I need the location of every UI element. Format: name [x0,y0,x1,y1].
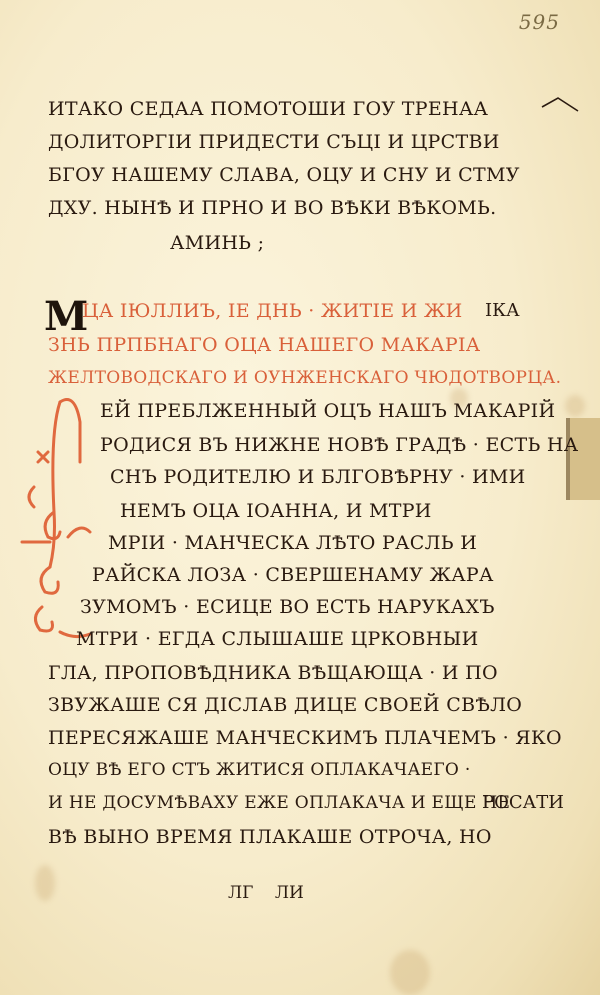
text-line: СНЪ РОДИТЕЛЮ И БЛГОВѢРНУ · ИМИ [110,466,526,488]
text-line: ЗУМОМЪ · ЕСИЦЕ ВО ЕСТЬ НАРУКАХЪ [80,596,495,618]
text-line: БГОУ НАШЕМУ СЛАВА, ОЦУ И СНУ И СТМУ [48,164,520,186]
text-line: РАЙСКА ЛОЗА · СВЕРШЕНАМУ ЖАРА [92,564,494,586]
stain [565,395,585,417]
text-line: ОЦУ ВѢ ЕГО СТЪ ЖИТИСЯ ОПЛАКАЧАЕГО · [48,760,471,780]
text-line: МРІИ · МАНЧЕСКА ЛѢТО РАСЛЬ И [108,532,477,554]
caret-mark-icon [540,95,580,115]
stain [390,950,430,995]
text-line: АМИНЬ ; [170,232,264,254]
text-line: НЕМЪ ОЦА ІОАННА, И МТРИ [120,500,432,522]
quire-signature: ЛГ ЛИ [228,883,304,903]
text-line: ЕЙ ПРЕБЛЖЕННЫЙ ОЦЪ НАШЪ МАКАРІЙ [100,400,555,422]
text-line: ИТАКО СЕДАА ПОМОТОШИ ГОУ ТРЕНАА [48,98,488,120]
text-line: ГЛА, ПРОПОВѢДНИКА ВѢЩАЮЩА · И ПО [48,662,498,684]
stain [35,865,55,901]
text-line: ПЕРЕСЯЖАШЕ МАНЧЕСКИМЪ ПЛАЧЕМЪ · ЯКО [48,727,562,749]
text-line: МТРИ · ЕГДА СЛЫШАШЕ ЦРКОВНЫИ [76,628,479,650]
text-line: РОДИСЯ ВЪ НИЖНЕ НОВѢ ГРАДѢ · ЕСТЬ НА [100,434,578,456]
page-tab [566,418,600,500]
text-line: ВѢ ВЫНО ВРЕМЯ ПЛАКАШЕ ОТРОЧА, НО [48,826,492,848]
text-line: ЗВУЖАШЕ СЯ ДІСЛАВ ДИЦЕ СВОЕЙ СВѢЛО [48,694,522,716]
folio-number: 595 [519,10,560,34]
rubric-line: ЗНЬ ПРПБНАГО ОЦА НАШЕГО МАКАРІА [48,334,481,356]
text-line: ДХУ. НЫНѢ И ПРНО И ВО ВѢКИ ВѢКОМЬ. [48,197,496,219]
text-line: И НЕ ДОСУМѢВАХУ ЕЖЕ ОПЛАКАЧА И ЕЩЕ НЕ [48,793,510,813]
rubric-line: ЦА ІЮЛЛИЪ, ІЕ ДНЬ · ЖИТІЕ И ЖИ [82,300,463,322]
rubric-line: ЖЕЛТОВОДСКАГО И ОУНЖЕНСКАГО ЧЮДОТВОРЦА. [48,368,561,388]
margin-note: РОСАТИ [482,792,564,813]
text-line: ДОЛИТОРГІИ ПРИДЕСТИ СЪЦІ И ЦРСТВИ [48,131,500,153]
margin-note: ІКА [485,300,520,321]
